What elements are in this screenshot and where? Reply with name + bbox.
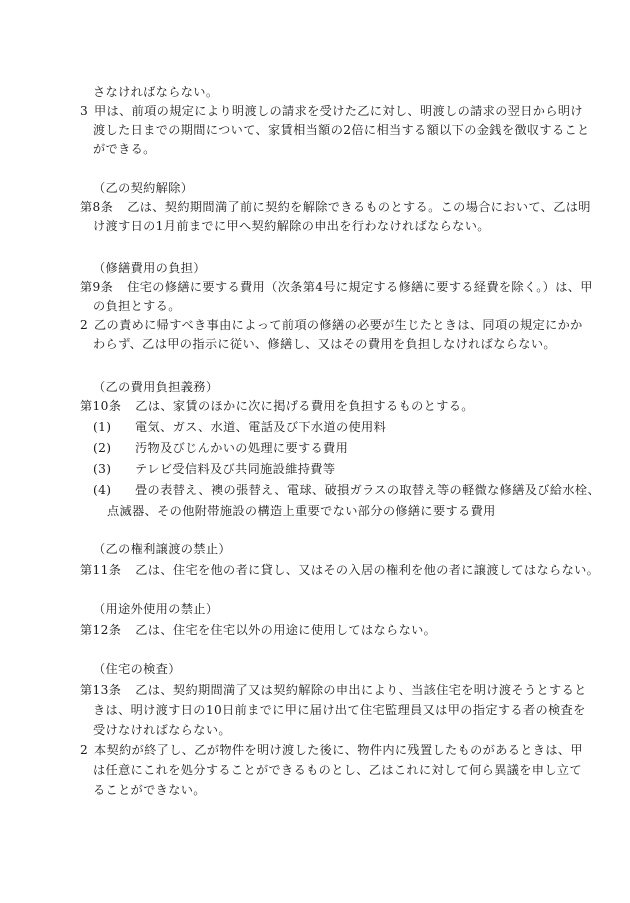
article-number: 第10条 bbox=[80, 397, 121, 415]
item-text-continuation: 点滅器、その他附帯施設の構造上重要でない部分の修繕に要する費用 bbox=[107, 502, 496, 520]
list-item: (1)電気、ガス、水道、電話及び下水道の使用料 bbox=[93, 418, 386, 436]
article-number: 第8条 bbox=[80, 198, 113, 216]
item-number: (2) bbox=[93, 439, 135, 457]
article-number: 第9条 bbox=[80, 278, 113, 296]
article-10: 第10条乙は、家賃のほかに次に掲げる費用を負担するものとする。 bbox=[80, 397, 474, 415]
list-item: (3)テレビ受信料及び共同施設維持費等 bbox=[93, 460, 335, 478]
text-line: け渡す日の1月前までに甲へ契約解除の申出を行わなければならない。 bbox=[93, 217, 490, 235]
article-heading: （修繕費用の負担） bbox=[93, 259, 206, 277]
text-line: 甲は、前項の規定により明渡しの請求を受けた乙に対し、明渡しの請求の翌日から明け bbox=[94, 104, 583, 118]
text-line: 住宅の修繕に要する費用（次条第4号に規定する修繕に要する経費を除く。）は、甲 bbox=[127, 280, 593, 294]
text-line: 乙は、住宅を住宅以外の用途に使用してはならない。 bbox=[135, 623, 436, 637]
article-12: 第12条乙は、住宅を住宅以外の用途に使用してはならない。 bbox=[80, 621, 436, 639]
text-line: 乙は、契約期間満了又は契約解除の申出により、当該住宅を明け渡そうとすると bbox=[135, 683, 586, 697]
article-number: 第12条 bbox=[80, 621, 121, 639]
text-line: わらず、乙は甲の指示に従い、修繕し、又はその費用を負担しなければならない。 bbox=[93, 335, 556, 353]
article-number: 第11条 bbox=[80, 561, 121, 579]
article-heading: （乙の費用負担義務） bbox=[93, 378, 218, 396]
article-8: 第8条乙は、契約期間満了前に契約を解除できるものとする。この場合において、乙は明 bbox=[80, 198, 591, 216]
item-text: 電気、ガス、水道、電話及び下水道の使用料 bbox=[135, 420, 386, 434]
article-9: 第9条住宅の修繕に要する費用（次条第4号に規定する修繕に要する経費を除く。）は、… bbox=[80, 278, 593, 296]
article-number: 第13条 bbox=[80, 681, 121, 699]
item-text: 汚物及びじんかいの処理に要する費用 bbox=[135, 441, 348, 455]
article-heading: （乙の契約解除） bbox=[93, 179, 193, 197]
item-number: (3) bbox=[93, 460, 135, 478]
item-number: (4) bbox=[93, 481, 135, 499]
text-line: は任意にこれを処分することができるものとし、乙はこれに対して何ら異議を申し立て bbox=[93, 761, 582, 779]
article-11: 第11条乙は、住宅を他の者に貸し、又はその入居の権利を他の者に譲渡してはならない… bbox=[80, 561, 599, 579]
article-heading: （住宅の検査） bbox=[93, 660, 181, 678]
text-line: 本契約が終了し、乙が物件を明け渡した後に、物件内に残置したものがあるときは、甲 bbox=[94, 743, 583, 757]
text-line: ができる。 bbox=[93, 140, 156, 158]
article-13: 第13条乙は、契約期間満了又は契約解除の申出により、当該住宅を明け渡そうとすると bbox=[80, 681, 587, 699]
paragraph-number: 2 bbox=[80, 316, 94, 334]
text-line: 渡した日までの期間について、家賃相当額の2倍に相当する額以下の金銭を徴収すること bbox=[93, 121, 590, 139]
text-line: 乙は、家賃のほかに次に掲げる費用を負担するものとする。 bbox=[135, 399, 474, 413]
paragraph-2: 2本契約が終了し、乙が物件を明け渡した後に、物件内に残置したものがあるときは、甲 bbox=[80, 741, 583, 759]
paragraph-number: 2 bbox=[80, 741, 94, 759]
text-line: 乙は、住宅を他の者に貸し、又はその入居の権利を他の者に譲渡してはならない。 bbox=[135, 563, 599, 577]
article-heading: （用途外使用の禁止） bbox=[93, 600, 218, 618]
paragraph-number: 3 bbox=[80, 102, 94, 120]
paragraph-3: 3甲は、前項の規定により明渡しの請求を受けた乙に対し、明渡しの請求の翌日から明け bbox=[80, 102, 583, 120]
text-line: さなければならない。 bbox=[93, 83, 218, 101]
article-heading: （乙の権利譲渡の禁止） bbox=[93, 540, 231, 558]
item-text: 畳の表替え、襖の張替え、電球、破損ガラスの取替え等の軽微な修繕及び給水栓、 bbox=[135, 483, 600, 497]
list-item: (2)汚物及びじんかいの処理に要する費用 bbox=[93, 439, 348, 457]
list-item: (4)畳の表替え、襖の張替え、電球、破損ガラスの取替え等の軽微な修繕及び給水栓、 bbox=[93, 481, 600, 499]
text-line: の負担とする。 bbox=[93, 297, 181, 315]
text-line: 受けなければならない。 bbox=[93, 721, 231, 739]
item-number: (1) bbox=[93, 418, 135, 436]
text-line: 乙は、契約期間満了前に契約を解除できるものとする。この場合において、乙は明 bbox=[127, 200, 591, 214]
text-line: ることができない。 bbox=[93, 781, 206, 799]
document-page: さなければならない。 3甲は、前項の規定により明渡しの請求を受けた乙に対し、明渡… bbox=[0, 0, 630, 903]
text-line: 乙の責めに帰すべき事由によって前項の修繕の必要が生じたときは、同項の規定にかか bbox=[94, 318, 583, 332]
item-text: テレビ受信料及び共同施設維持費等 bbox=[135, 462, 335, 476]
paragraph-2: 2乙の責めに帰すべき事由によって前項の修繕の必要が生じたときは、同項の規定にかか bbox=[80, 316, 583, 334]
text-line: きは、明け渡す日の10日前までに甲に届け出て住宅監理員又は甲の指定する者の検査を bbox=[93, 701, 586, 719]
